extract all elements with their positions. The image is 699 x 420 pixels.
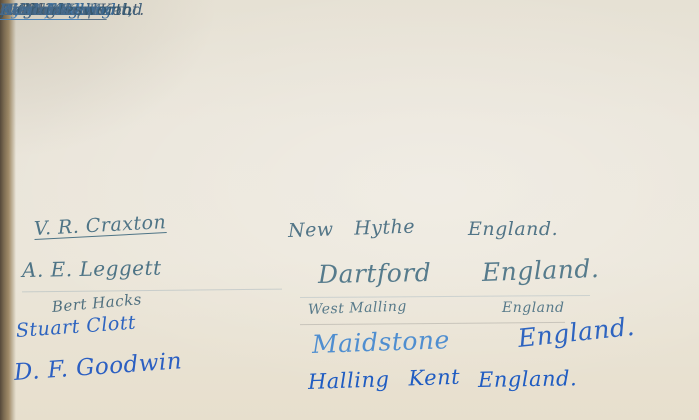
signer-name: A. E. Leggett — [22, 256, 162, 282]
signer-country: England. — [478, 366, 578, 392]
guestbook-photo: V. R. Craxton New Hythe England. A. E. L… — [0, 0, 699, 420]
signer-country: England. — [468, 218, 558, 240]
signer-place: Maidstone — [311, 325, 450, 359]
signer-country: England. — [481, 254, 599, 287]
signer-place: New Hythe — [288, 216, 416, 242]
signer-country: England. — [0, 0, 77, 19]
book-spine-edge — [0, 0, 16, 420]
signer-country: England — [502, 300, 565, 316]
signer-place: Dartford — [318, 258, 432, 289]
